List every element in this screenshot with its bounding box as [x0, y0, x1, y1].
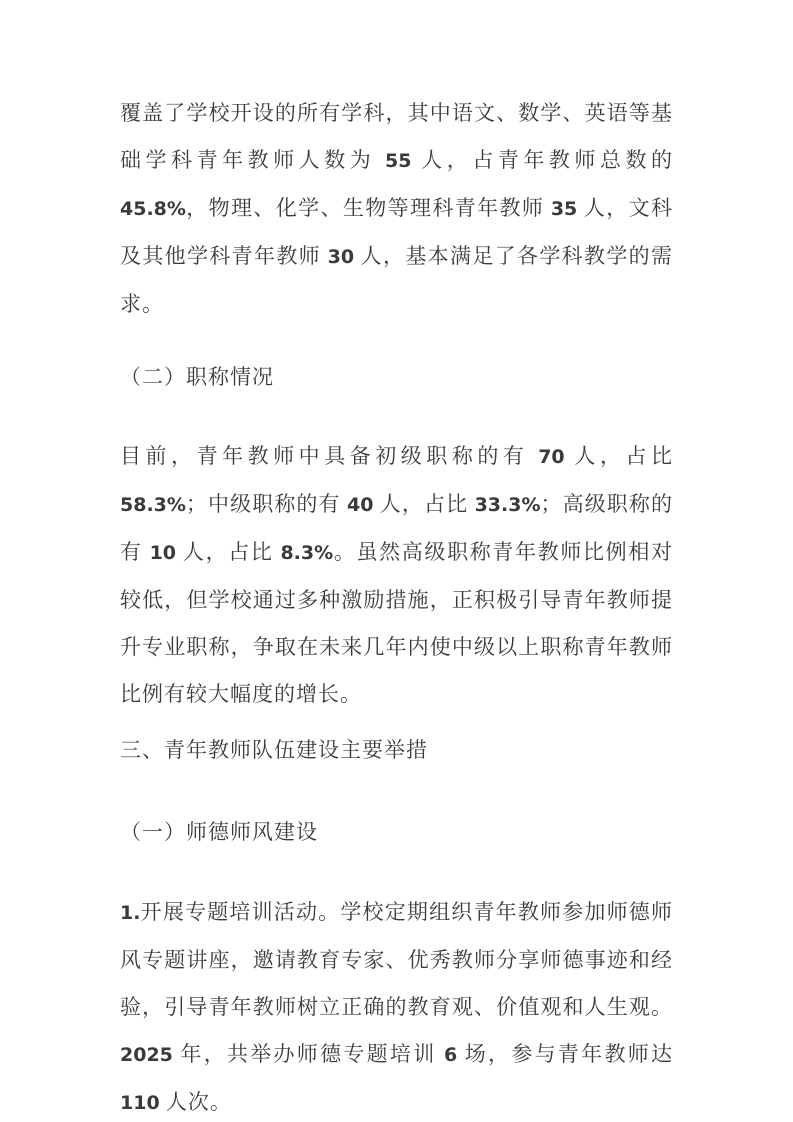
text-run-cjk: （一）师德师风建设: [120, 820, 318, 844]
text-run-latin: 30: [328, 246, 354, 268]
heading-section-1-ethics: （一）师德师风建设: [120, 809, 673, 856]
text-run-cjk: （二）职称情况: [120, 365, 274, 389]
para-title-distribution: 目前，青年教师中具备初级职称的有 70 人，占比 58.3%；中级职称的有 40…: [120, 433, 673, 718]
text-run-latin: 10: [150, 542, 176, 564]
text-run-cjk: 目前，青年教师中具备初级职称的有: [120, 444, 538, 468]
text-run-cjk: 人，占比: [176, 540, 280, 564]
document-page: 覆盖了学校开设的所有学科，其中语文、数学、英语等基础学科青年教师人数为 55 人…: [0, 0, 793, 1122]
text-run-cjk: 年，共举办师德专题培训: [173, 1042, 444, 1066]
text-run-latin: 45.8%: [120, 198, 186, 220]
text-run-cjk: 场，参与青年教师达: [457, 1042, 673, 1066]
para-subject-coverage: 覆盖了学校开设的所有学科，其中语文、数学、英语等基础学科青年教师人数为 55 人…: [120, 90, 673, 328]
para-ethics-training: 1.开展专题培训活动。学校定期组织青年教师参加师德师风专题讲座，邀请教育专家、优…: [120, 889, 673, 1122]
text-run-cjk: 人，占比: [373, 492, 474, 516]
heading-section-2-title-status: （二）职称情况: [120, 354, 673, 401]
text-run-cjk: ，物理、化学、生物等理科青年教师: [186, 196, 551, 220]
text-run-latin: 6: [444, 1044, 457, 1066]
text-run-cjk: 人次。: [160, 1090, 232, 1114]
text-run-cjk: ；中级职称的有: [186, 492, 347, 516]
text-run-latin: 1.: [120, 902, 140, 924]
text-run-latin: 8.3%: [280, 542, 333, 564]
text-run-latin: 40: [347, 494, 373, 516]
text-run-cjk: 人，占比: [565, 444, 673, 468]
text-run-cjk: 三、青年教师队伍建设主要举措: [120, 738, 428, 762]
text-run-latin: 58.3%: [120, 494, 186, 516]
document-content: 覆盖了学校开设的所有学科，其中语文、数学、英语等基础学科青年教师人数为 55 人…: [0, 0, 793, 1122]
text-run-latin: 70: [538, 446, 564, 468]
text-run-latin: 33.3%: [475, 494, 541, 516]
heading-chapter-3-measures: 三、青年教师队伍建设主要举措: [120, 727, 673, 774]
text-run-latin: 110: [120, 1092, 160, 1114]
text-run-cjk: 开展专题培训活动。学校定期组织青年教师参加师德师风专题讲座，邀请教育专家、优秀教…: [120, 900, 673, 1019]
text-run-latin: 35: [551, 198, 577, 220]
text-run-latin: 2025: [120, 1044, 173, 1066]
text-run-cjk: 人，占青年教师总数的: [412, 148, 674, 172]
text-run-latin: 55: [385, 150, 411, 172]
text-run-cjk: 。虽然高级职称青年教师比例相对较低，但学校通过多种激励措施，正积极引导青年教师提…: [120, 540, 673, 706]
